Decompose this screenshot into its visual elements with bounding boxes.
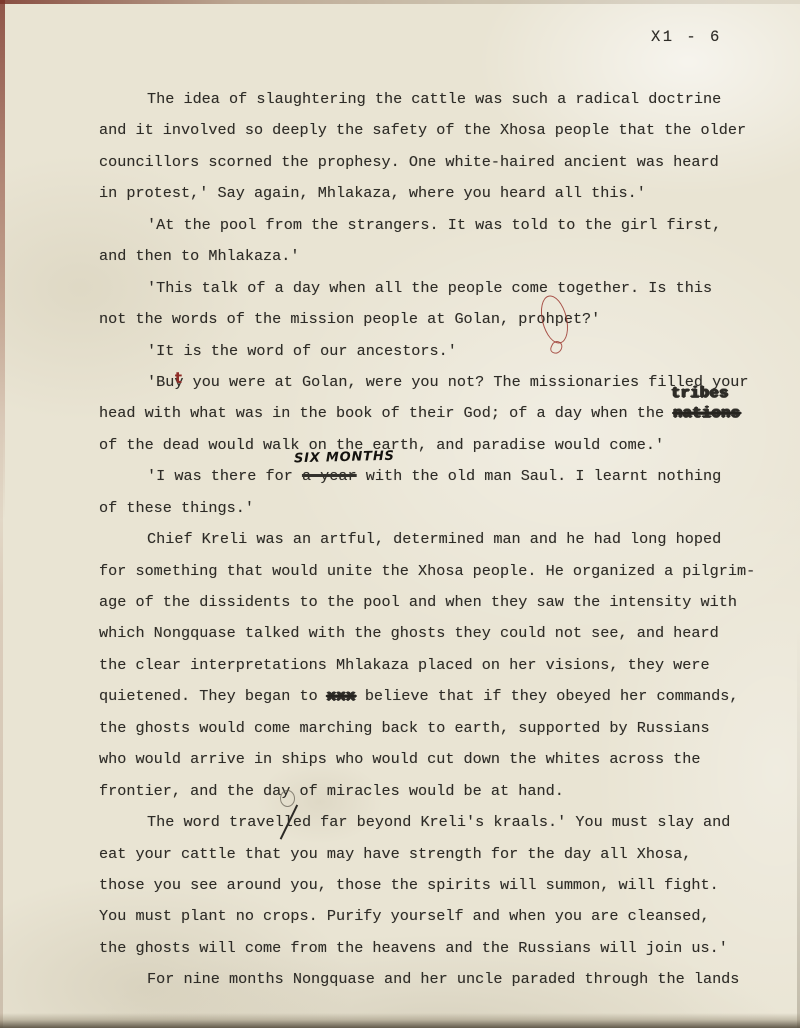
typed-segment: the clear interpretations Mhlakaza place… [99, 656, 710, 674]
typed-segment: which Nongquase talked with the ghosts t… [99, 624, 719, 642]
text-line: Chief Kreli was an artful, determined ma… [99, 524, 771, 555]
slashed-deleted-letter: l [284, 807, 293, 838]
text-line: of these things.' [99, 493, 771, 524]
text-line: which Nongquase talked with the ghosts t… [99, 618, 771, 649]
typed-text: The idea of slaughtering the cattle was … [99, 84, 771, 996]
typed-segment: eat your cattle that you may have streng… [99, 845, 691, 863]
typed-segment: and it involved so deeply the safety of … [99, 121, 746, 139]
typed-segment: ed far beyond Kreli's kraals.' You must … [293, 813, 730, 831]
text-line: You must plant no crops. Purify yourself… [99, 901, 771, 932]
text-line: councillors scorned the prophesy. One wh… [99, 147, 771, 178]
text-line: 'I was there for a yearSIX MONTHS with t… [99, 461, 771, 492]
typed-insertion: tribes [671, 378, 729, 409]
scan-edge-left-lower [0, 420, 3, 1028]
typed-segment: 'Bu [147, 373, 174, 391]
typed-segment: not the words of the mission people at G… [99, 310, 546, 328]
text-line: 'At the pool from the strangers. It was … [99, 210, 771, 241]
typed-segment: for something that would unite the Xhosa… [99, 562, 755, 580]
typed-segment: head with what was in the book of their … [99, 404, 673, 422]
typed-segment: age of the dissidents to the pool and wh… [99, 593, 737, 611]
typed-segment: you were at Golan, were you not? The mis… [183, 373, 748, 391]
typed-segment: with the old man Saul. I learnt nothing [357, 467, 722, 485]
typed-segment: believe that if they obeyed her commands… [356, 687, 739, 705]
handwritten-insertion: SIX MONTHS [294, 440, 396, 474]
typed-segment: quietened. They began to [99, 687, 327, 705]
scan-edge-bottom [0, 1013, 800, 1028]
typed-segment: The idea of slaughtering the cattle was … [147, 90, 721, 108]
typed-segment: who would arrive in ships who would cut … [99, 750, 701, 768]
text-line: the ghosts will come from the heavens an… [99, 933, 771, 964]
typed-segment: 'It is the word of our ancestors.' [147, 342, 457, 360]
typed-segment: and then to Mhlakaza.' [99, 247, 300, 265]
typed-segment: of these things.' [99, 499, 254, 517]
typed-segment: the ghosts will come from the heavens an… [99, 939, 728, 957]
typed-segment: Chief Kreli was an artful, determined ma… [147, 530, 721, 548]
text-line: 'It is the word of our ancestors.' [99, 336, 771, 367]
text-line: quietened. They began to xxx believe tha… [99, 681, 771, 712]
typed-segment: those you see around you, those the spir… [99, 876, 719, 894]
overtyped-letter: yt [174, 367, 183, 398]
handwritten-correction-letter: t [175, 363, 182, 394]
text-line: frontier, and the day of miracles would … [99, 776, 771, 807]
typed-segment: You must plant no crops. Purify yourself… [99, 907, 710, 925]
text-line: 'This talk of a day when all the people … [99, 273, 771, 304]
typed-segment: 'At the pool from the strangers. It was … [147, 216, 721, 234]
text-line: those you see around you, those the spir… [99, 870, 771, 901]
struck-out-word: nationstribes [673, 398, 740, 429]
typed-segment: For nine months Nongquase and her uncle … [147, 970, 739, 988]
text-line: and it involved so deeply the safety of … [99, 115, 771, 146]
text-line: head with what was in the book of their … [99, 398, 771, 429]
typed-segment: 'This talk of a day when all the people … [147, 279, 712, 297]
typed-segment: 'I was there for [147, 467, 302, 485]
text-line: not the words of the mission people at G… [99, 304, 771, 335]
text-line: The idea of slaughtering the cattle was … [99, 84, 771, 115]
text-line: age of the dissidents to the pool and wh… [99, 587, 771, 618]
typed-segment: the ghosts would come marching back to e… [99, 719, 710, 737]
typed-segment: The word travel [147, 813, 284, 831]
typed-segment: in protest,' Say again, Mhlakaza, where … [99, 184, 646, 202]
struck-out-phrase: a yearSIX MONTHS [302, 461, 357, 492]
typed-segment: councillors scorned the prophesy. One wh… [99, 153, 719, 171]
overtyped-deletion: xxx [327, 687, 356, 705]
text-line: eat your cattle that you may have streng… [99, 839, 771, 870]
typed-segment: et?' [564, 310, 600, 328]
text-line: of the dead would walk on the earth, and… [99, 430, 771, 461]
text-line: and then to Mhlakaza.' [99, 241, 771, 272]
text-line: in protest,' Say again, Mhlakaza, where … [99, 178, 771, 209]
scan-edge-top [0, 0, 800, 4]
text-line: who would arrive in ships who would cut … [99, 744, 771, 775]
text-line: 'Buyt you were at Golan, were you not? T… [99, 367, 771, 398]
text-line: for something that would unite the Xhosa… [99, 556, 771, 587]
transposition-mark: hp [546, 304, 564, 335]
page-number: X1 - 6 [651, 28, 722, 46]
text-line: The word travelled far beyond Kreli's kr… [99, 807, 771, 838]
text-line: the ghosts would come marching back to e… [99, 713, 771, 744]
text-line: For nine months Nongquase and her uncle … [99, 964, 771, 995]
text-line: the clear interpretations Mhlakaza place… [99, 650, 771, 681]
typed-segment: frontier, and the day of miracles would … [99, 782, 564, 800]
page: X1 - 6 The idea of slaughtering the catt… [0, 0, 800, 1028]
